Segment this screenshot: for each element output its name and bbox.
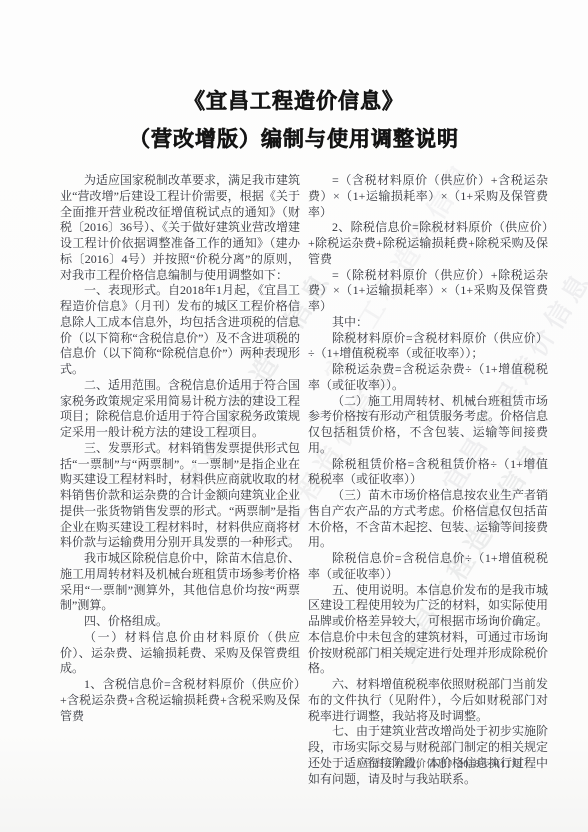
page-content: 《宜昌工程造价信息》 （营改增版）编制与使用调整说明 为适应国家税制改革要求，满… — [0, 0, 588, 787]
paragraph: 我市城区除税信息价中，除苗木信息价、施工用周转材料及机械台班租赁市场参考价格采用… — [60, 551, 300, 614]
paragraph: 除税信息价=含税信息价÷（1+增值税税率（或征收率）） — [308, 551, 548, 583]
paragraph: 1、含税信息价=含税材料原价（供应价）+含税运杂费+含税运输损耗费+含税采购及保… — [60, 677, 300, 724]
paragraph: 为适应国家税制改革要求，满足我市建筑业“营改增”后建设工程计价需要，根据《关于全… — [60, 173, 300, 283]
paragraph: =（含税材料原价（供应价）+含税运杂费）×（1+运输损耗率）×（1+采购及保管费… — [308, 173, 548, 220]
paragraph: 三、发票形式。材料销售发票提供形式包括“一票制”与“两票制”。“一票制”是指企业… — [60, 441, 300, 551]
paragraph: 其中： — [308, 315, 548, 331]
body-column-left: 为适应国家税制改革要求，满足我市建筑业“营改增”后建设工程计价需要，根据《关于全… — [60, 173, 300, 787]
document-page: 宜昌工程造价信息 宜昌工程造价信息 宜昌工程造价信息 宜昌工程造价信息 宜昌工程… — [0, 0, 588, 832]
paragraph: 一、表现形式。自2018年1月起，《宜昌工程造价信息》（月刊）发布的城区工程价格… — [60, 283, 300, 378]
paragraph: 除税运杂费=含税运杂费÷（1+增值税税率（或征收率））。 — [308, 362, 548, 394]
paragraph: 2、除税信息价=除税材料原价（供应价）+除税运杂费+除税运输损耗费+除税采购及保… — [308, 220, 548, 267]
paragraph: （三）苗木市场价格信息按农业生产者销售自产农产品的方式考虑。价格信息仅包括苗木价… — [308, 488, 548, 551]
paragraph: （一）材料信息价由材料原价（供应价）、运杂费、运输损耗费、采购及保管费组成。 — [60, 630, 300, 677]
paragraph: （二）施工用周转材、机械台班租赁市场参考价格按有形动产租赁服务考虑。价格信息仅包… — [308, 394, 548, 457]
body-columns: 为适应国家税制改革要求，满足我市建筑业“营改增”后建设工程计价需要，根据《关于全… — [0, 173, 588, 787]
page-title-line2: （营改增版）编制与使用调整说明 — [0, 126, 588, 152]
paragraph: =（除税材料原价（供应价）+除税运杂费）×（1+运输损耗率）×（1+采购及保管费… — [308, 268, 548, 315]
page-footer: 《宜昌工程造价信息》2018年第11期 — [353, 755, 522, 770]
paragraph: 五、使用说明。本信息价发布的是我市城区建设工程使用较为广泛的材料，如实际使用品牌… — [308, 583, 548, 678]
paragraph: 六、材料增值税税率依照财税部门当前发布的文件执行（见附件），今后如财税部门对税率… — [308, 677, 548, 724]
paragraph: 除税材料原价=含税材料原价（供应价）÷（1+增值税税率（或征收率））； — [308, 331, 548, 363]
body-column-right: =（含税材料原价（供应价）+含税运杂费）×（1+运输损耗率）×（1+采购及保管费… — [308, 173, 548, 787]
paragraph: 四、价格组成。 — [60, 614, 300, 630]
page-title-line1: 《宜昌工程造价信息》 — [0, 0, 588, 114]
paragraph: 除税租赁价格=含税租赁价格÷（1+增值税税率（或征收率）） — [308, 457, 548, 489]
paragraph: 二、适用范围。含税信息价适用于符合国家税务政策规定采用简易计税方法的建设工程项目… — [60, 378, 300, 441]
